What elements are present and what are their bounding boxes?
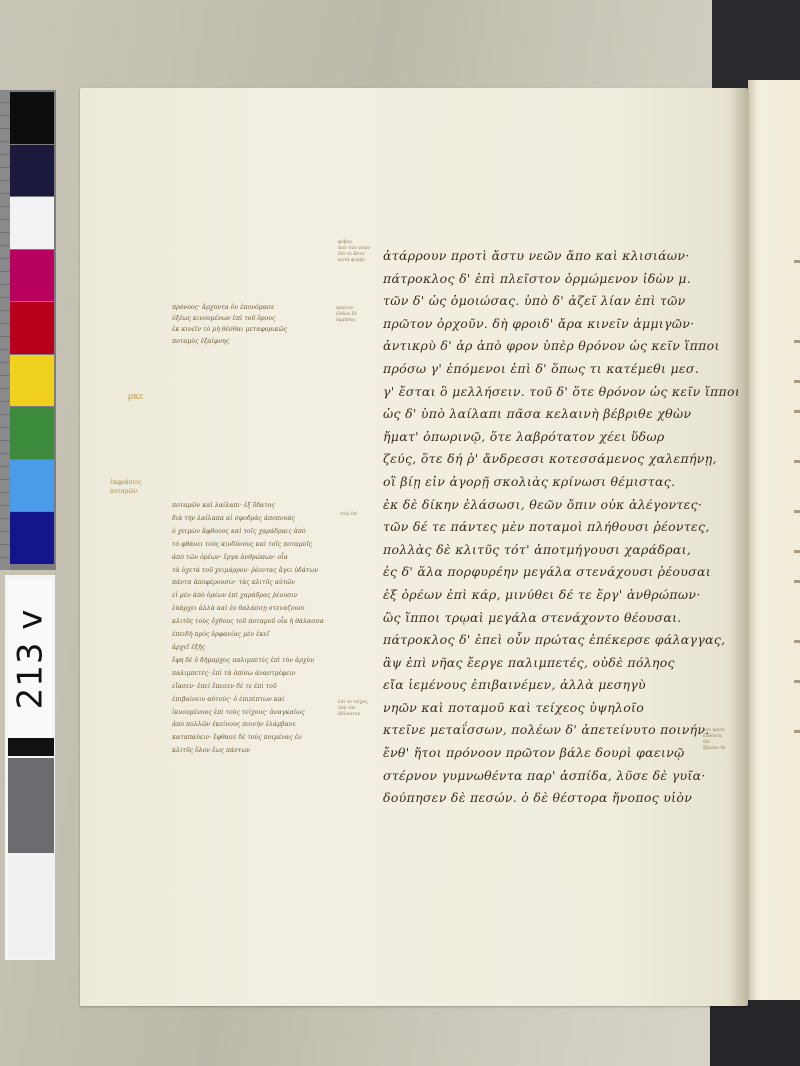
folio-label: 213 v	[8, 580, 52, 738]
next-leaf-edge	[748, 80, 800, 1000]
text-line: ἀντικρὺ δ' ἀρ ἀπὸ φρον ὑπὲρ θρόνον ὡς κε…	[383, 335, 738, 358]
scholion-line: καταπαύειν· ἔφθασε δὲ τοὺς ποιμένας ἐν	[172, 732, 340, 745]
scholia-lower: ποταμῶν καὶ λαίλαπι· ἐξ ὕδατοςδιὰ τὴν λα…	[172, 500, 340, 758]
text-line: πολλὰς δὲ κλιτῦς τότ' ἀποτμήγουσι χαράδρ…	[383, 539, 738, 562]
color-patch	[10, 92, 54, 144]
color-patch	[10, 355, 54, 407]
gray-patch-black	[8, 738, 54, 756]
color-patch	[10, 302, 54, 354]
scholion-line: ἀρχεῖ ἑξῆς	[172, 642, 340, 655]
text-line: ἐς δ' ἅλα πορφυρέην μεγάλα στενάχουσι ῥέ…	[383, 561, 738, 584]
text-line: ἂψ ἐπὶ νῆας ἔεργε παλιμπετές, οὐδὲ πόληο…	[383, 652, 738, 675]
scholion-line: ἐπιβαίνειν αὐτοὺς· ὁ ἐπιπίπτων καὶ	[172, 694, 340, 707]
text-line: ὣς ἵπποι τρῳαὶ μεγάλα στενάχοντο θέουσαι…	[383, 607, 738, 630]
scholion-line: ἀπὸ τῶν ὀρέων· ἔργα ἀνθρώπων· οἷα	[172, 552, 340, 565]
scholion-line: πάντα ἀποφέρουσιν· τὰς κλιτῦς αὐτῶν	[172, 577, 340, 590]
scholion-line: ἔφη δὲ ὁ δήμαρχος παλιμπετὲς ἐπὶ τὸν ἀρχ…	[172, 655, 340, 668]
color-patch	[10, 145, 54, 197]
gray-patch-white	[8, 855, 54, 958]
margin-side-note: ἐκφράσεις ποταμῶν	[110, 478, 142, 496]
scholion-line: διὰ τὴν λαίλαπα αἰ σφοδρὰς ἀποπνοάς	[172, 513, 340, 526]
scholion-line: ἰκνουμένους ἐπὶ τοὺς τείχους· ἀναγκαίως	[172, 707, 340, 720]
scholion-line: εἰ μὲν ἀπὸ ὀρέων ἐπὶ χαράδρας ῥέουσιν	[172, 590, 340, 603]
text-line: ἀτάρρουν προτὶ ἄστυ νεῶν ἄπο καὶ κλισιάω…	[383, 245, 738, 268]
text-line: κτεῖνε μεταΐσσων, πολέων δ' ἀπετείνυτο π…	[383, 719, 738, 742]
text-line: δούπησεν δὲ πεσών. ὁ δὲ θέστορα ἤνοπος υ…	[383, 787, 738, 810]
color-patch	[10, 197, 54, 249]
text-line: πάτροκλος δ' ἐπὶ πλεῖστον ὁρμώμενον ἰδὼν…	[383, 268, 738, 291]
gloss-mid-2: τοῖς ἐπ'	[340, 512, 358, 518]
text-line: ἤματ' ὀπωρινῷ, ὅτε λαβρότατον χέει ὕδωρ	[383, 426, 738, 449]
text-line: τῶν δέ τε πάντες μὲν ποταμοὶ πλήθουσι ῥέ…	[383, 516, 738, 539]
text-line: νηῶν καὶ ποταμοῦ καὶ τείχεος ὑψηλοῖο	[383, 697, 738, 720]
gray-patch-mid	[8, 758, 54, 853]
gloss-low: ἐπὶ τὸ τεῖχος ὑπὸ τὸν ἀδύνατον	[338, 700, 368, 718]
ruler-scale	[0, 90, 10, 570]
text-line: ζεύς, ὅτε δή ῥ' ἄνδρεσσι κοτεσσάμενος χα…	[383, 448, 738, 471]
scholia-upper: πρόνοος· ἄρχοντα ὃν ἐπονόμασε ὀξέως κινο…	[172, 302, 332, 347]
scholion-line: τὸ φθάνει τοὺς κινδύνους καὶ τοῖς ποταμο…	[172, 539, 340, 552]
text-line: ἔνθ' ἤτοι πρόνοον πρῶτον βάλε δουρὶ φαει…	[383, 742, 738, 765]
color-patch	[10, 250, 54, 302]
text-line: γ' ἔσται ὃ μελλήσειν. τοῦ δ' ὅτε θρόνον …	[383, 381, 738, 404]
text-line: ἐκ δὲ δίκην ἐλάσωσι, θεῶν ὄπιν οὐκ ἀλέγο…	[383, 494, 738, 517]
scholion-line: κλιτῦς τοὺς ὄχθους τοῦ ποταμοῦ οἷα ἡ θάλ…	[172, 616, 340, 629]
text-line: πρῶτον ὀρχοῦν. δὴ φροιδ' ἄρα κινεῖν ἀμμι…	[383, 313, 738, 336]
scholion-line: κλιτῦς ὅλον ἕως πάντων	[172, 745, 340, 758]
color-patch	[10, 512, 54, 564]
scholion-line: εἴασεν· ἐπεὶ ἔπεσεν δέ τε ἐπὶ τοῦ	[172, 681, 340, 694]
text-line: ὡς δ' ὑπὸ λαίλαπι πᾶσα κελαινὴ βέβριθε χ…	[383, 403, 738, 426]
scholion-line: ἐπάρχει ἀλλὰ καὶ ἐν θαλάσσῃ στενάζουσι	[172, 603, 340, 616]
main-text-block: ἀτάρρουν προτὶ ἄστυ νεῶν ἄπο καὶ κλισιάω…	[383, 245, 738, 810]
scholion-line: ἀπὸ πολλῶν ἐκείνους ποινὴν ἐλάμβανε	[172, 719, 340, 732]
margin-numeral: ρκε	[128, 392, 144, 402]
scholion-line: παλιμπετὲς· ἐπὶ τὰ ὀπίσω ἀναστρέφειν	[172, 668, 340, 681]
gloss-mid: πρῶτον ἐλθὼν δὲ ὁρμήσας	[336, 306, 357, 324]
scholion-line: ἐπειδὴ πρὸς ὀρφανίας μὲν ἐκεῖ	[172, 629, 340, 642]
color-patch	[10, 460, 54, 512]
text-line: οἳ βίῃ εἰν ἀγορῇ σκολιὰς κρίνωσι θέμιστα…	[383, 471, 738, 494]
background-cloth-top	[712, 0, 800, 92]
scholion-line: ποταμῶν καὶ λαίλαπι· ἐξ ὕδατος	[172, 500, 340, 513]
text-line: πρόσω γ' ἐπόμενοι ἐπὶ δ' ὅπως τι κατέμεθ…	[383, 358, 738, 381]
text-line: πάτροκλος δ' ἐπεὶ οὖν πρώτας ἐπέκερσε φά…	[383, 629, 738, 652]
text-line: ἐξ ὀρέων ἐπὶ κάρ, μινύθει δέ τε ἔργ' ἀνθ…	[383, 584, 738, 607]
color-patch	[10, 407, 54, 459]
gloss-top: φόβου ἀπὸ τῶν νεῶν ἐπὶ τὸ ἄστυ κατὰ φυγή…	[338, 240, 370, 264]
folio-number: 213 v	[10, 609, 50, 710]
text-line: τῶν δ' ὡς ὁμοιώσας. ὑπὸ δ' ἀζεῖ λίαν ἐπὶ…	[383, 290, 738, 313]
text-line: στέρνον γυμνωθέντα παρ' ἀσπίδα, λῦσε δὲ …	[383, 765, 738, 788]
scholion-line: ὁ χειμὼν ἄφθονος καὶ τοῖς χαράδραις ἀπὸ	[172, 526, 340, 539]
text-line: εἴα ἱεμένους ἐπιβαινέμεν, ἀλλὰ μεσηγὺ	[383, 674, 738, 697]
scholion-line: τὰ ὀχετά τοῦ χειμάρρου· ῥέοντας ἄγει ὑδά…	[172, 565, 340, 578]
